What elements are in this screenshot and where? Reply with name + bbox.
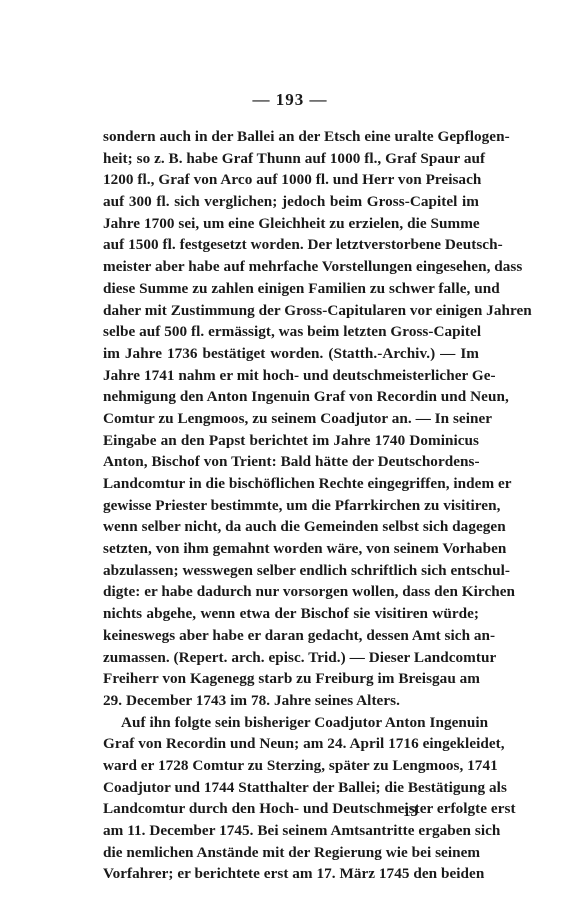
text-line: auf 300 fl. sich verglichen; jedoch beim…: [103, 191, 479, 213]
text-line: Landcomtur durch den Hoch- und Deutschme…: [103, 798, 479, 820]
text-line: setzten, von ihm gemahnt worden wäre, vo…: [103, 538, 479, 560]
text-line: 1200 fl., Graf von Arco auf 1000 fl. und…: [103, 169, 479, 191]
text-line: wenn selber nicht, da auch die Gemeinden…: [103, 516, 479, 538]
text-line: die nemlichen Anstände mit der Regierung…: [103, 842, 479, 864]
text-line: Anton, Bischof von Trient: Bald hätte de…: [103, 451, 479, 473]
text-line: Jahre 1741 nahm er mit hoch- und deutsch…: [103, 365, 479, 387]
page-number: — 193 —: [0, 90, 580, 110]
book-page: — 193 — sondern auch in der Ballei an de…: [0, 0, 580, 905]
text-line: keineswegs aber habe er daran gedacht, d…: [103, 625, 479, 647]
paragraph-start-line: Auf ihn folgte sein bisheriger Coadjutor…: [103, 712, 479, 734]
text-line: Coadjutor und 1744 Statthalter der Balle…: [103, 777, 479, 799]
paragraph-end-line: 29. December 1743 im 78. Jahre seines Al…: [103, 690, 479, 712]
text-line: meister aber habe auf mehrfache Vorstell…: [103, 256, 479, 278]
text-line: digte: er habe dadurch nur vorsorgen wol…: [103, 581, 479, 603]
text-line: selbe auf 500 fl. ermässigt, was beim le…: [103, 321, 479, 343]
text-line: heit; so z. B. habe Graf Thunn auf 1000 …: [103, 148, 479, 170]
text-line: Vorfahrer; er berichtete erst am 17. Mär…: [103, 863, 479, 885]
text-line: ward er 1728 Comtur zu Sterzing, später …: [103, 755, 479, 777]
text-line: im Jahre 1736 bestätiget worden. (Statth…: [103, 343, 479, 365]
text-line: sondern auch in der Ballei an der Etsch …: [103, 126, 479, 148]
text-line: Jahre 1700 sei, um eine Gleichheit zu er…: [103, 213, 479, 235]
text-line: Eingabe an den Papst berichtet im Jahre …: [103, 430, 479, 452]
text-line: Comtur zu Lengmoos, zu seinem Coadjutor …: [103, 408, 479, 430]
text-line: gewisse Priester bestimmte, um die Pfarr…: [103, 495, 479, 517]
text-line: daher mit Zustimmung der Gross-Capitular…: [103, 300, 479, 322]
text-line: Freiherr von Kagenegg starb zu Freiburg …: [103, 668, 479, 690]
text-line: zumassen. (Repert. arch. episc. Trid.) —…: [103, 647, 479, 669]
text-line: nichts abgehe, wenn etwa der Bischof sie…: [103, 603, 479, 625]
text-line: nehmigung den Anton Ingenuin Graf von Re…: [103, 386, 479, 408]
signature-mark: 13: [403, 804, 418, 821]
text-line: am 11. December 1745. Bei seinem Amtsant…: [103, 820, 479, 842]
text-line: Graf von Recordin und Neun; am 24. April…: [103, 733, 479, 755]
text-line: diese Summe zu zahlen einigen Familien z…: [103, 278, 479, 300]
text-line: auf 1500 fl. festgesetzt worden. Der let…: [103, 234, 479, 256]
body-text: sondern auch in der Ballei an der Etsch …: [103, 126, 479, 885]
text-line: Landcomtur in die bischöflichen Rechte e…: [103, 473, 479, 495]
text-line: abzulassen; wesswegen selber endlich sch…: [103, 560, 479, 582]
